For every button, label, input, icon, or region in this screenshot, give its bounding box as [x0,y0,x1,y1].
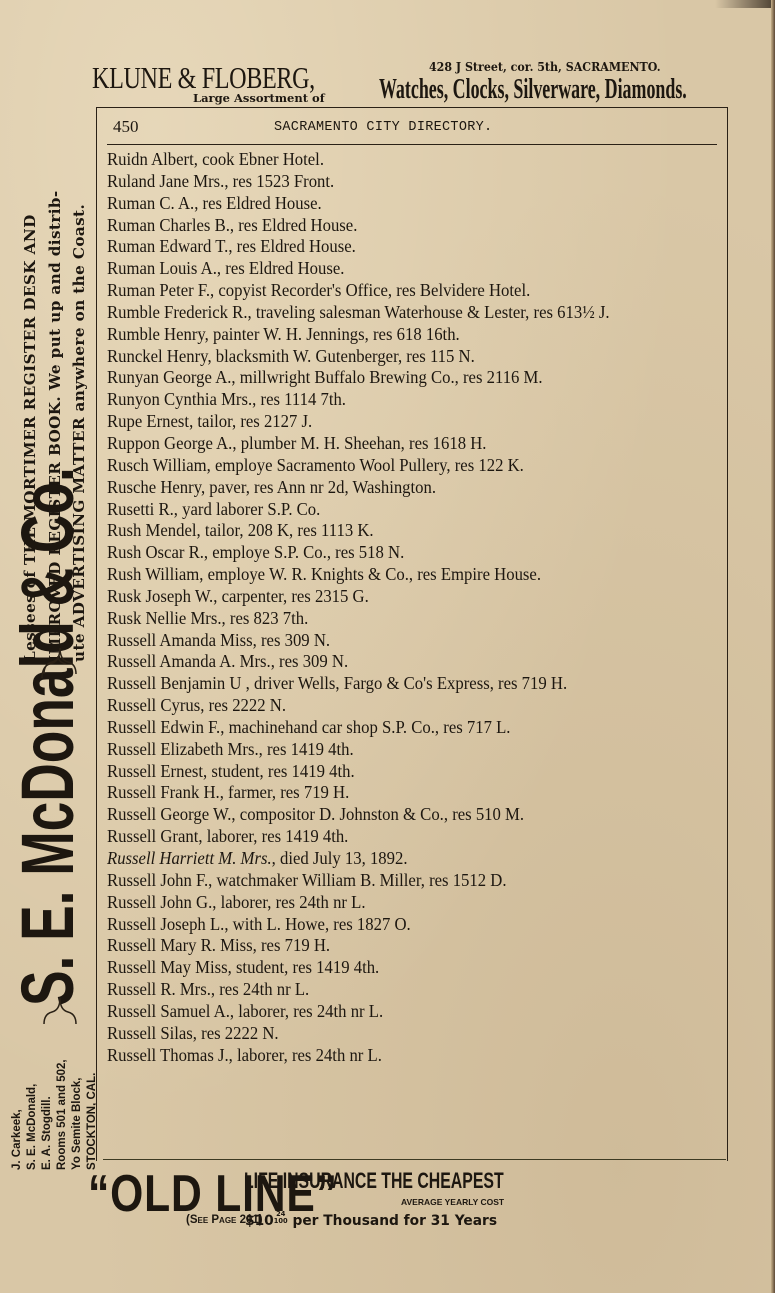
directory-entry: Ruman Charles B., res Eldred House. [107,215,748,237]
bottom-advertisement: “OLD LINE” (See Page 201) LIFE INSURANCE… [88,1164,738,1234]
directory-entry: Russell Cyrus, res 2222 N. [107,695,748,717]
directory-entry: Ruman C. A., res Eldred House. [107,193,748,215]
directory-entry: Rusk Joseph W., carpenter, res 2315 G. [107,586,748,608]
directory-entry: Runckel Henry, blacksmith W. Gutenberger… [107,346,748,368]
insurance-price: $1024100 per Thousand for 31 Years [245,1211,497,1229]
directory-entry: Russell John F., watchmaker William B. M… [107,870,748,892]
side-ad-detail: J. Carkeek, [10,1000,25,1170]
directory-entry: Russell George W., compositor D. Johnsto… [107,804,748,826]
directory-entry: Russell Mary R. Miss, res 719 H. [107,935,748,957]
directory-entry: Russell Thomas J., laborer, res 24th nr … [107,1045,748,1067]
directory-entry: Rusche Henry, paver, res Ann nr 2d, Wash… [107,477,748,499]
price-rest: per Thousand for 31 Years [288,1213,497,1229]
directory-entry: Ruman Louis A., res Eldred House. [107,258,748,280]
directory-entry: Russell Silas, res 2222 N. [107,1023,748,1045]
entry-detail: , died July 13, 1892. [272,848,408,868]
directory-entry: Rusk Nellie Mrs., res 823 7th. [107,608,748,630]
directory-entry: Ruman Peter F., copyist Recorder's Offic… [107,280,748,302]
directory-entry: Runyan George A., millwright Buffalo Bre… [107,367,748,389]
average-cost-label: AVERAGE YEARLY COST [401,1197,504,1207]
directory-entry: Russell Benjamin U , driver Wells, Fargo… [107,673,748,695]
directory-entry: Rumble Henry, painter W. H. Jennings, re… [107,324,748,346]
directory-entry: Rumble Frederick R., traveling salesman … [107,302,748,324]
directory-entry: Russell R. Mrs., res 24th nr L. [107,979,748,1001]
page-corner-shadow [715,0,775,8]
side-advertisement: Lessees of THE MORTIMER REGISTER DESK AN… [0,0,96,1293]
directory-entry: Rush Mendel, tailor, 208 K, res 1113 K. [107,520,748,542]
directory-entry: Russell Elizabeth Mrs., res 1419 4th. [107,739,748,761]
directory-entry: Ruland Jane Mrs., res 1523 Front. [107,171,748,193]
insurance-tagline: LIFE INSURANCE THE CHEAPEST [244,1168,504,1194]
page-number: 450 [113,117,139,137]
advertiser-subtitle: Large Assortment of [193,91,325,105]
page-title: SACRAMENTO CITY DIRECTORY. [274,120,492,135]
page-bottom-rule [103,1159,726,1160]
side-ad-company: S. E. McDonald & Co. [8,467,88,1006]
directory-entry: Russell John G., laborer, res 24th nr L. [107,892,748,914]
directory-entry: Rush William, employe W. R. Knights & Co… [107,564,748,586]
directory-entry: Russell Joseph L., with L. Howe, res 182… [107,914,748,936]
header-divider [107,144,717,145]
page-header: 450 SACRAMENTO CITY DIRECTORY. [97,117,727,139]
directory-entry: Russell Edwin F., machinehand car shop S… [107,717,748,739]
brace-icon [30,636,90,676]
directory-entry: Ruman Edward T., res Eldred House. [107,236,748,258]
directory-entry: Ruidn Albert, cook Ebner Hotel. [107,149,748,171]
entry-name: Russell Harriett M. Mrs. [107,848,272,868]
directory-entry: Russell Frank H., farmer, res 719 H. [107,782,748,804]
directory-entry: Russell Ernest, student, res 1419 4th. [107,761,748,783]
price-main: $10 [245,1213,274,1229]
directory-entry: Rupe Ernest, tailor, res 2127 J. [107,411,748,433]
directory-entry-deceased: Russell Harriett M. Mrs., died July 13, … [107,848,748,870]
directory-entry: Ruppon George A., plumber M. H. Sheehan,… [107,433,748,455]
fraction-denominator: 100 [274,1218,288,1225]
directory-entry: Runyon Cynthia Mrs., res 1114 7th. [107,389,748,411]
directory-entry: Russell Amanda A. Mrs., res 309 N. [107,651,748,673]
directory-entry: Russell Samuel A., laborer, res 24th nr … [107,1001,748,1023]
directory-entry: Russell May Miss, student, res 1419 4th. [107,957,748,979]
directory-entry: Rusetti R., yard laborer S.P. Co. [107,499,748,521]
advertiser-goods: Watches, Clocks, Silverware, Diamonds. [379,74,687,106]
directory-page: 450 SACRAMENTO CITY DIRECTORY. Ruidn Alb… [96,107,728,1161]
advertiser-address: 428 J Street, cor. 5th, SACRAMENTO. [429,60,661,74]
directory-entry: Rush Oscar R., employe S.P. Co., res 518… [107,542,748,564]
directory-entry: Russell Grant, laborer, res 1419 4th. [107,826,748,848]
brace-icon [30,986,90,1026]
directory-entry: Rusch William, employe Sacramento Wool P… [107,455,748,477]
top-advertisement: KLUNE & FLOBERG, Large Assortment of 428… [92,58,732,108]
price-fraction: 24100 [274,1211,288,1225]
directory-entries: Ruidn Albert, cook Ebner Hotel. Ruland J… [107,149,717,1066]
directory-entry: Russell Amanda Miss, res 309 N. [107,630,748,652]
page-edge [771,0,775,1293]
